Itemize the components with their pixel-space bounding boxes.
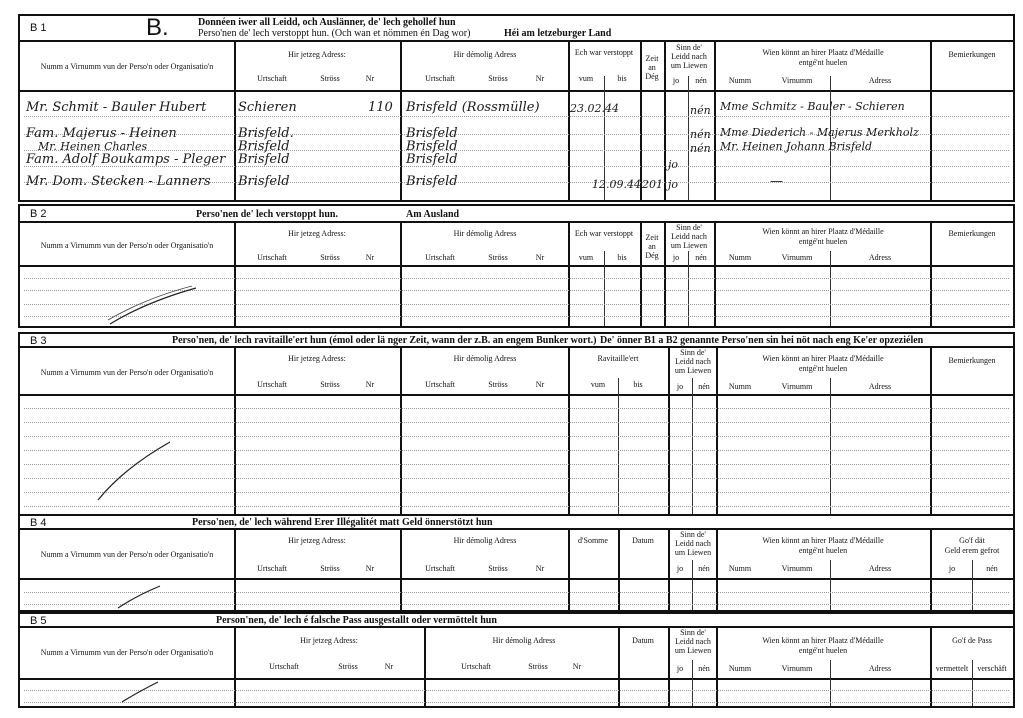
col-from: vum bbox=[568, 74, 604, 84]
table-header: Numm a Virnumm vun der Perso'n oder Orga… bbox=[20, 42, 1013, 92]
col-nr: Nr bbox=[525, 253, 555, 263]
col-medal: entgé'nt huelen bbox=[716, 364, 930, 374]
col-no: nén bbox=[692, 664, 716, 674]
section-title: Perso'nen, de' lech ravitaille'ert hun (… bbox=[172, 335, 597, 346]
col-hidden: Ech war verstoppt bbox=[568, 48, 640, 58]
col-nr: Nr bbox=[525, 74, 555, 84]
col-street: Ströss bbox=[310, 380, 350, 390]
col-nr: Nr bbox=[355, 380, 385, 390]
section-b4: B 4 Perso'nen, de' lech während Erer Ill… bbox=[18, 514, 1015, 612]
col-money-returned: Go'f dät bbox=[932, 536, 1012, 546]
row3-no: nén bbox=[690, 142, 711, 155]
section-id: B 1 bbox=[30, 22, 47, 34]
row5-place: Brisfeld bbox=[238, 174, 290, 189]
row1-former: Brisfeld (Rossmülle) bbox=[406, 100, 540, 115]
col-sum: d'Somme bbox=[568, 536, 618, 546]
col-medal: Wien könnt an hirer Plaatz d'Médaille bbox=[716, 354, 930, 364]
col-street: Ströss bbox=[328, 662, 368, 672]
col-yes: jo bbox=[668, 382, 692, 392]
col-days: Dég bbox=[640, 251, 664, 261]
col-address: Adress bbox=[840, 382, 920, 392]
col-street: Ströss bbox=[310, 253, 350, 263]
col-current-address: Hir jetzeg Adress: bbox=[234, 536, 400, 546]
col-date: Datum bbox=[618, 636, 668, 646]
col-nr: Nr bbox=[374, 662, 404, 672]
strike-mark bbox=[120, 680, 160, 704]
section-b5: B 5 Person'nen, de' lech é falsche Pass … bbox=[18, 612, 1015, 708]
col-street: Ströss bbox=[310, 74, 350, 84]
col-firstname: Virnumm bbox=[772, 76, 822, 86]
col-surname: Numm bbox=[720, 382, 760, 392]
col-place: Urtschaft bbox=[410, 380, 470, 390]
section-title: Perso'nen, de' lech während Erer Illégal… bbox=[192, 517, 493, 528]
section-title-land: Am Ausland bbox=[406, 209, 459, 220]
col-nr: Nr bbox=[355, 564, 385, 574]
section-id: B 5 bbox=[30, 615, 47, 627]
row2-no: nén bbox=[690, 128, 711, 141]
col-no: nén bbox=[692, 382, 716, 392]
row4-former: Brisfeld bbox=[406, 152, 458, 167]
row1-nr: 110 bbox=[368, 100, 393, 115]
col-firstname: Virnumm bbox=[772, 382, 822, 392]
col-surname: Numm bbox=[720, 664, 760, 674]
col-alive: um Liewen bbox=[664, 241, 714, 251]
section-title-line2: Perso'nen de' lech verstoppt hun. (Och w… bbox=[198, 28, 470, 39]
row5-yes: jo bbox=[668, 178, 678, 191]
section-b3: B 3 Perso'nen, de' lech ravitaille'ert h… bbox=[18, 332, 1015, 516]
col-yes: jo bbox=[932, 564, 972, 574]
col-street: Ströss bbox=[478, 74, 518, 84]
col-firstname: Virnumm bbox=[772, 564, 822, 574]
section-title: Person'nen, de' lech é falsche Pass ausg… bbox=[216, 615, 497, 626]
col-place: Urtschaft bbox=[446, 662, 506, 672]
col-street: Ströss bbox=[310, 564, 350, 574]
col-place: Urtschaft bbox=[410, 253, 470, 263]
table-header: Numm a Virnumm vun der Perso'n oder Orga… bbox=[20, 223, 1013, 267]
col-surname: Numm bbox=[720, 76, 760, 86]
section-title-note: De' önner B1 a B2 genannte Perso'nen sin… bbox=[600, 335, 923, 346]
row2-medal: Mme Diederich - Majerus Merkholz bbox=[720, 126, 919, 139]
col-name: Numm a Virnumm vun der Perso'n oder Orga… bbox=[20, 648, 234, 658]
col-medal: entgé'nt huelen bbox=[716, 646, 930, 656]
col-street: Ströss bbox=[478, 253, 518, 263]
col-nr: Nr bbox=[525, 564, 555, 574]
strike-mark bbox=[116, 584, 162, 610]
col-date: Datum bbox=[618, 536, 668, 546]
row1-medal: Mme Schmitz - Bauler - Schieren bbox=[720, 100, 905, 113]
col-current-address: Hir jetzeg Adress: bbox=[234, 354, 400, 364]
section-id: B 3 bbox=[30, 335, 47, 347]
col-former-address: Hir démolig Adress bbox=[402, 50, 568, 60]
section-b3-title-bar: B 3 Perso'nen, de' lech ravitaille'ert h… bbox=[20, 334, 1013, 348]
row5-name: Mr. Dom. Stecken - Lanners bbox=[26, 174, 211, 189]
col-current-address: Hir jetzeg Adress: bbox=[234, 229, 400, 239]
col-place: Urtschaft bbox=[242, 564, 302, 574]
col-place: Urtschaft bbox=[242, 380, 302, 390]
col-remarks: Bemierkungen bbox=[932, 356, 1012, 366]
col-firstname: Virnumm bbox=[772, 253, 822, 263]
col-no: nén bbox=[972, 564, 1012, 574]
col-former-address: Hir démolig Adress bbox=[402, 354, 568, 364]
row1-no: nén bbox=[690, 104, 711, 117]
col-yes: jo bbox=[668, 664, 692, 674]
col-medal: Wien könnt an hirer Plaatz d'Médaille bbox=[716, 48, 930, 58]
col-to: bis bbox=[620, 380, 656, 390]
col-supplied: Ravitaille'ert bbox=[568, 354, 668, 364]
row2-name: Fam. Majerus - Heinen bbox=[26, 126, 177, 141]
col-former-address: Hir démolig Adress bbox=[402, 229, 568, 239]
table-header: Numm a Virnumm vun der Perso'n oder Orga… bbox=[20, 628, 1013, 680]
row5-to: 12.09.44 bbox=[592, 178, 641, 191]
col-from: vum bbox=[568, 253, 604, 263]
col-surname: Numm bbox=[720, 253, 760, 263]
col-alive: um Liewen bbox=[668, 646, 718, 656]
col-former-address: Hir démolig Adress bbox=[426, 636, 622, 646]
row1-name: Mr. Schmit - Bauler Hubert bbox=[26, 100, 206, 115]
row4-name: Fam. Adolf Boukamps - Pleger bbox=[26, 152, 225, 167]
col-address: Adress bbox=[840, 76, 920, 86]
col-remarks: Bemierkungen bbox=[932, 50, 1012, 60]
col-place: Urtschaft bbox=[254, 662, 314, 672]
col-remarks: Bemierkungen bbox=[932, 229, 1012, 239]
col-provided: verschäft bbox=[972, 664, 1012, 674]
section-title-land: Héi am letzeburger Land bbox=[504, 28, 611, 39]
section-id: B 2 bbox=[30, 208, 47, 220]
col-place: Urtschaft bbox=[410, 564, 470, 574]
col-firstname: Virnumm bbox=[772, 664, 822, 674]
section-b2-title-bar: B 2 Perso'nen de' lech verstoppt hun. Am… bbox=[20, 206, 1013, 223]
col-alive: um Liewen bbox=[664, 61, 714, 71]
col-current-address: Hir jetzeg Adress: bbox=[234, 50, 400, 60]
col-address: Adress bbox=[840, 664, 920, 674]
col-medal: Wien könnt an hirer Plaatz d'Médaille bbox=[716, 536, 930, 546]
strike-mark bbox=[94, 438, 174, 504]
col-name: Numm a Virnumm vun der Perso'n oder Orga… bbox=[20, 241, 234, 251]
table-header: Numm a Virnumm vun der Perso'n oder Orga… bbox=[20, 348, 1013, 396]
col-name: Numm a Virnumm vun der Perso'n oder Orga… bbox=[20, 368, 234, 378]
col-hidden: Ech war verstoppt bbox=[568, 229, 640, 239]
row5-days: 201 bbox=[642, 178, 663, 191]
row1-from: 23.02.44 bbox=[570, 102, 619, 115]
col-former-address: Hir démolig Adress bbox=[402, 536, 568, 546]
col-yes: jo bbox=[664, 76, 688, 86]
col-name: Numm a Virnumm vun der Perso'n oder Orga… bbox=[20, 550, 234, 560]
col-medal: entgé'nt huelen bbox=[716, 237, 930, 247]
col-yes: jo bbox=[664, 253, 688, 263]
section-b1: B 1 B. Donnéen iwer all Leidd, och Auslä… bbox=[18, 14, 1015, 202]
row1-place: Schieren bbox=[238, 100, 297, 115]
section-title-line1: Donnéen iwer all Leidd, och Auslänner, d… bbox=[198, 17, 456, 28]
col-medal: Wien könnt an hirer Plaatz d'Médaille bbox=[716, 636, 930, 646]
col-current-address: Hir jetzeg Adress: bbox=[234, 636, 424, 646]
row4-place: Brisfeld bbox=[238, 152, 290, 167]
col-alive: um Liewen bbox=[668, 548, 718, 558]
col-address: Adress bbox=[840, 564, 920, 574]
strike-mark bbox=[106, 284, 202, 328]
col-no: nén bbox=[692, 564, 716, 574]
col-yes: jo bbox=[668, 564, 692, 574]
col-to: bis bbox=[604, 253, 640, 263]
section-letter: B. bbox=[146, 14, 169, 42]
col-nr: Nr bbox=[525, 380, 555, 390]
col-address: Adress bbox=[840, 253, 920, 263]
col-nr: Nr bbox=[355, 74, 385, 84]
col-medal: Wien könnt an hirer Plaatz d'Médaille bbox=[716, 227, 930, 237]
section-b1-title-bar: B 1 B. Donnéen iwer all Leidd, och Auslä… bbox=[20, 16, 1013, 42]
row4-yes: jo bbox=[668, 158, 678, 171]
col-surname: Numm bbox=[720, 564, 760, 574]
col-from: vum bbox=[580, 380, 616, 390]
col-medal: entgé'nt huelen bbox=[716, 58, 930, 68]
col-to: bis bbox=[604, 74, 640, 84]
col-street: Ströss bbox=[518, 662, 558, 672]
row5-medal: — bbox=[770, 174, 783, 189]
col-place: Urtschaft bbox=[410, 74, 470, 84]
col-medal: entgé'nt huelen bbox=[716, 546, 930, 556]
table-header: Numm a Virnumm vun der Perso'n oder Orga… bbox=[20, 530, 1013, 580]
col-name: Numm a Virnumm vun der Perso'n oder Orga… bbox=[20, 62, 234, 72]
section-title: Perso'nen de' lech verstoppt hun. bbox=[196, 209, 338, 220]
section-b5-title-bar: B 5 Person'nen, de' lech é falsche Pass … bbox=[20, 614, 1013, 628]
col-place: Urtschaft bbox=[242, 74, 302, 84]
col-days: Dég bbox=[640, 72, 664, 82]
col-nr: Nr bbox=[562, 662, 592, 672]
col-place: Urtschaft bbox=[242, 253, 302, 263]
col-alive: um Liewen bbox=[668, 366, 718, 376]
col-nr: Nr bbox=[355, 253, 385, 263]
row5-former: Brisfeld bbox=[406, 174, 458, 189]
col-pass: Go'f de Pass bbox=[932, 636, 1012, 646]
section-b2: B 2 Perso'nen de' lech verstoppt hun. Am… bbox=[18, 204, 1015, 328]
section-id: B 4 bbox=[30, 517, 47, 529]
col-money-returned: Geld erem gefrot bbox=[932, 546, 1012, 556]
col-street: Ströss bbox=[478, 380, 518, 390]
col-no: nén bbox=[688, 253, 714, 263]
col-no: nén bbox=[688, 76, 714, 86]
section-b4-title-bar: B 4 Perso'nen, de' lech während Erer Ill… bbox=[20, 516, 1013, 530]
col-street: Ströss bbox=[478, 564, 518, 574]
col-mediated: vermettelt bbox=[932, 664, 972, 674]
row3-medal: Mr. Heinen Johann Brisfeld bbox=[720, 140, 872, 153]
